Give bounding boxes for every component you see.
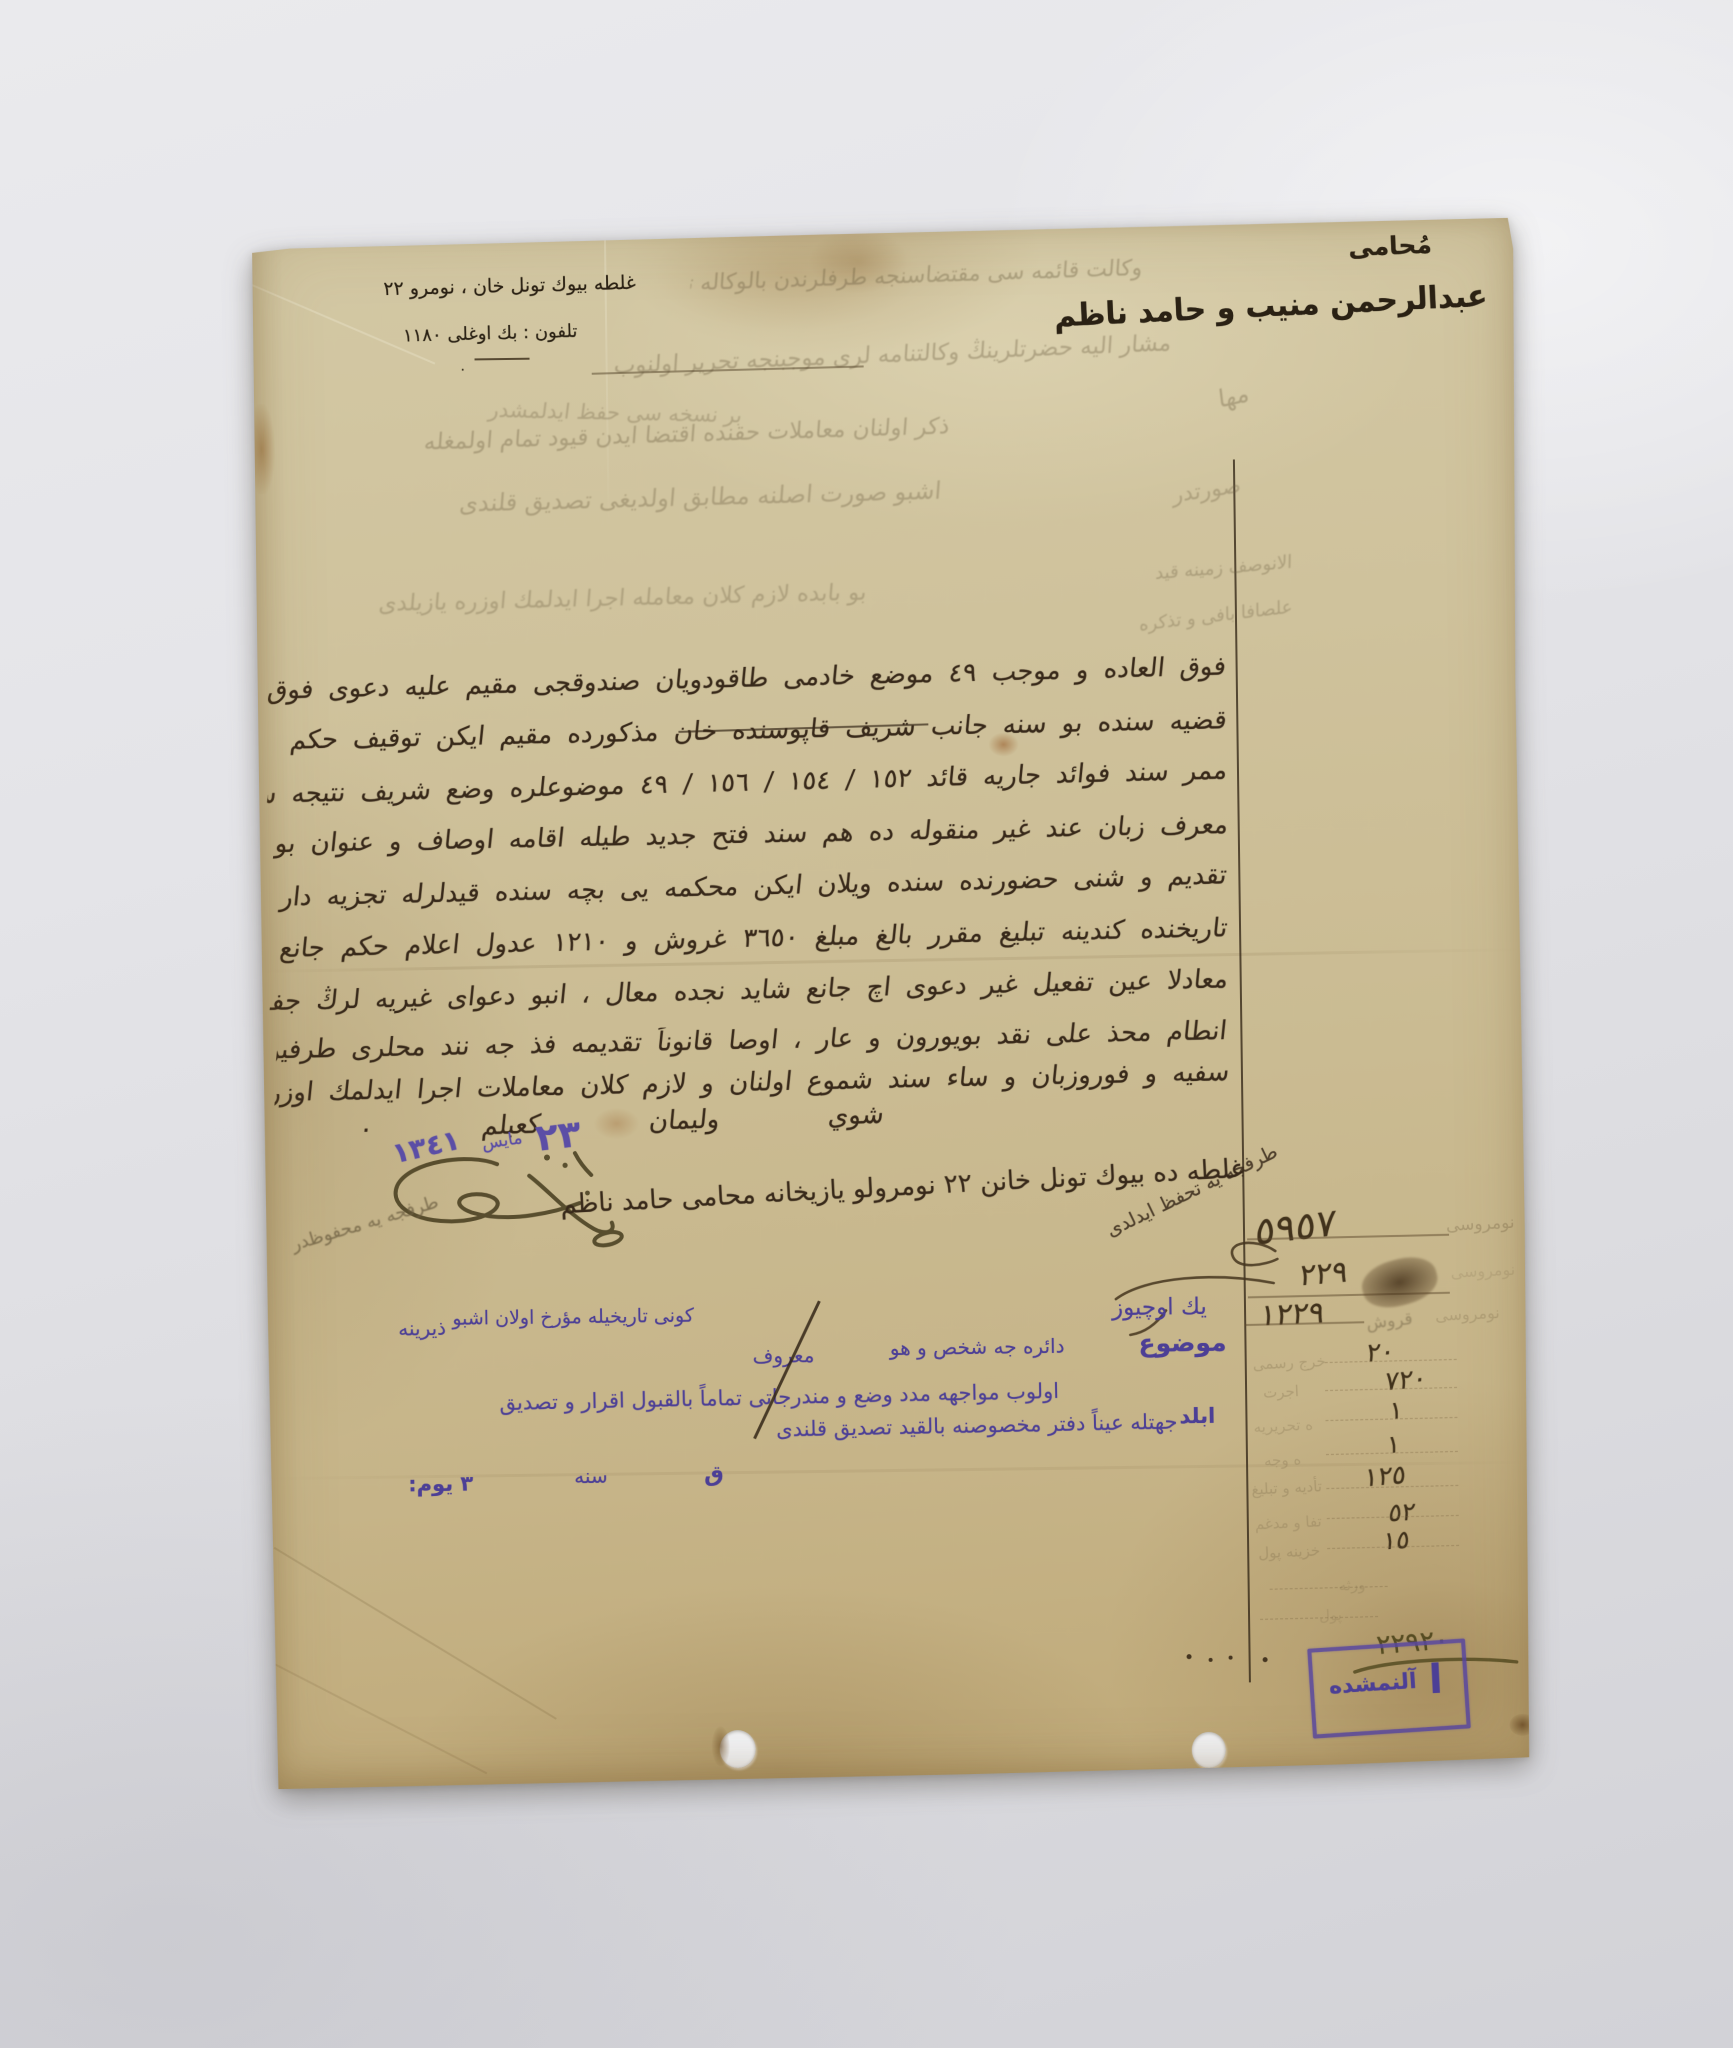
ghost-line: مشار اليه حضرتلرينڭ وكالتنامه لرى موجبنج… [611,330,1172,379]
certification-line2-right: دائره جه شخص و هو [864,1334,1064,1361]
ghost-line: اشبو صورت اصلنه مطابق اولديغى تصديق قلند… [290,477,942,523]
margin-row-value: ٥٢ [1387,1496,1417,1527]
ghost-writing-layer: وكالت قائمه سى مقتضاسنجه طرفلرندن بالوكا… [252,218,1513,235]
margin-row-value: ٢٠ [1365,1337,1396,1369]
certification-line1-left: ذيرينه [398,1316,446,1341]
edge-chip [1509,1714,1535,1736]
certification-line4: جهتله عيناً دفتر مخصوصنه بالقيد تصديق قل… [381,1410,1177,1450]
certification-line5-kaf: ق [704,1462,724,1487]
margin-row-label: تفا و مدغم [1254,1512,1322,1533]
margin-row-label: نومروسى [1450,1260,1515,1282]
document-paper: غلطه بيوك تونل خان ، نومرو ٢٢ تلفون : بك… [252,218,1533,1789]
photo-of-document: { "letterhead": { "address_line": "غلطه … [0,0,1733,2048]
margin-row-label: نومروسى [1435,1303,1500,1325]
margin-row-label: خرج رسمى [1252,1352,1326,1373]
handwritten-line: تاريخنده كندينه تبليغ مقرر بالغ مبلغ ٣٦٥… [277,913,1229,972]
punch-hole-left [719,1730,755,1768]
ghost-line: مها [1150,379,1251,429]
firm-title: مُحامى [1310,228,1471,263]
margin-row-value: ١٢٢٩ [1258,1295,1327,1333]
certification-line3: اولوب مواجهه مدد وضع و مندرجاتى تماماً ب… [385,1379,1059,1418]
handwritten-body: فوق العاده و موجب ٤٩ موضع خادمى طاقودويا… [252,218,1513,235]
margin-row-label: ه تحريريه [1253,1416,1313,1437]
margin-row-dashes [1270,1586,1388,1590]
ghost-line: وكالت قائمه سى مقتضاسنجه طرفلرندن بالوكا… [690,256,1144,296]
margin-row-value: ٢٢٩ [1298,1254,1349,1293]
letterhead-rule [475,358,530,361]
margin-row-label: خزينه پول [1258,1541,1321,1562]
ink-dot [1263,1657,1268,1662]
certification-line5-sene: سنه [574,1464,608,1488]
received-stamp-mark: ا [1428,1657,1444,1704]
margin-column: ٥٩٥٧نومروسى٢٢٩نومروسى١٢٢٩نومروسى٢٠خرج رس… [252,218,1513,235]
margin-row-value: ١٢٥ [1363,1460,1408,1494]
margin-row-value: ١ [1387,1428,1401,1459]
paper-sheet: غلطه بيوك تونل خان ، نومرو ٢٢ تلفون : بك… [252,218,1533,1789]
letterhead-address: غلطه بيوك تونل خان ، نومرو ٢٢ [370,271,648,300]
handwritten-line: ممر سند فوائد جاريه قائد ١٥٢ / ١٥٤ / ١٥٦… [265,756,1228,818]
handwritten-line: قضيه سنده بو سنه جانب شريف قاپوسنده خان … [273,705,1229,764]
ink-dot [1209,1658,1213,1662]
ghost-line: بو بابده لازم كلان معامله اجرا ايدلمك او… [366,580,868,618]
margin-row-value: ٧٢٠ [1384,1363,1429,1397]
letterhead-phone: تلفون : بك اوغلى ١١٨٠ [399,321,582,347]
ink-dot [1229,1656,1233,1660]
margin-row-value: ١ [1389,1394,1403,1425]
firm-names: عبدالرحمن منيب و حامد ناظم [1232,278,1488,326]
crease-diagonal [274,1547,557,1720]
handwritten-line: معرف زبان عند غير منقوله ده هم سند فتح ج… [272,810,1230,867]
ghost-line: علصافا بافى و تذكره [1137,597,1292,636]
punch-hole-right [1192,1732,1226,1768]
certification-line1: كونى تاريخيله مؤرخ اولان اشبو [448,1305,698,1330]
margin-row-label: اجرت [1263,1382,1300,1402]
ghost-line: صورتدر [1151,473,1241,512]
side-bold-label: ابلد [1179,1404,1215,1428]
margin-rule [1233,459,1251,1682]
letterhead-dot: . [461,360,465,375]
ghost-line: الانوصف زمينه قيد اولندى [1152,552,1292,585]
handwritten-line: معادلا عين تفعيل غير دعوى اچ جانع شايد ن… [268,965,1230,1026]
ink-smudge [1357,1250,1442,1314]
margin-row-label: پول [1319,1606,1343,1625]
certification-line2-left: معروف [752,1343,814,1368]
ghost-word-qurush: قروش [1365,1309,1413,1334]
edge-stain [248,404,275,494]
certification-line5-days: ٣ يوم: [408,1472,473,1497]
margin-row-label: ه وجه [1264,1450,1302,1470]
handwritten-line: فوق العاده و موجب ٤٩ موضع خادمى طاقودويا… [266,652,1227,714]
margin-row-value: ١٥ [1381,1524,1411,1555]
margin-row-value: ٥٩٥٧ [1254,1200,1338,1254]
margin-row-label: ورثه [1338,1575,1366,1594]
handwritten-line: تقديم و شنى حضورنده سنده ويلان ايكن محكم… [269,861,1229,922]
subject-label: موضوع [1138,1328,1226,1358]
ink-dot [1187,1654,1192,1659]
crease-diagonal [255,1653,487,1774]
margin-row-label: تأديه و تبليغ [1251,1477,1322,1498]
margin-row-label: نومروسى [1446,1213,1516,1236]
amount-label: يك اوچيوز [1112,1294,1207,1321]
